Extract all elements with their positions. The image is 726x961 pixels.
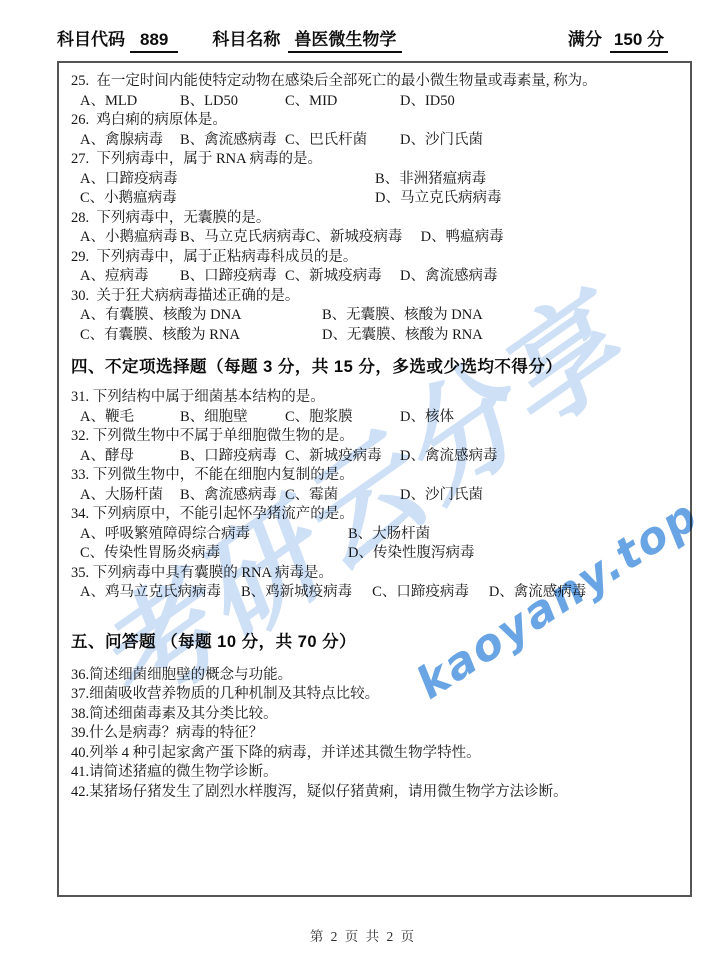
question-text: 26. 鸡白痢的病原体是。: [71, 111, 678, 131]
option-a: A、鞭毛: [80, 408, 180, 428]
subject-code-value: 889: [130, 30, 178, 53]
options-row: A、MLDB、LD50C、MIDD、ID50: [71, 92, 678, 112]
option-a: A、MLD: [80, 92, 180, 112]
option-b: B、口蹄疫病毒: [180, 447, 285, 467]
option-a: A、痘病毒: [80, 267, 180, 287]
options-row: A、小鹅瘟病毒B、马立克氏病病毒C、新城疫病毒D、鸭瘟病毒: [71, 228, 678, 248]
question-text: 34. 下列病原中，不能引起怀孕猪流产的是。: [71, 505, 678, 525]
option-d: D、传染性腹泻病毒: [348, 544, 678, 564]
option-b: B、口蹄疫病毒: [180, 267, 285, 287]
option-d: D、禽流感病毒: [489, 583, 586, 603]
exam-header: 科目代码 889 科目名称 兽医微生物学 满分 150 分: [57, 25, 668, 53]
option-d: D、鸭瘟病毒: [421, 228, 678, 248]
option-b: B、大肠杆菌: [348, 525, 678, 545]
question-text: 30. 关于狂犬病病毒描述正确的是。: [71, 287, 678, 307]
options-row: A、有囊膜、核酸为 DNAB、无囊膜、核酸为 DNAC、有囊膜、核酸为 RNAD…: [71, 306, 678, 345]
options-row: A、鞭毛B、细胞壁C、胞浆膜D、核体: [71, 408, 678, 428]
options-row: A、大肠杆菌B、禽流感病毒C、霉菌D、沙门氏菌: [71, 486, 678, 506]
question-box: 25. 在一定时间内能使特定动物在感染后全部死亡的最小微生物量或毒素量, 称为。…: [57, 61, 692, 897]
option-c: C、霉菌: [285, 486, 400, 506]
option-c: C、有囊膜、核酸为 RNA: [80, 326, 322, 346]
question-29: 29. 下列病毒中，属于正粘病毒科成员的是。A、痘病毒B、口蹄疫病毒C、新城疫病…: [71, 248, 678, 287]
option-d: D、禽流感病毒: [400, 267, 678, 287]
subject-name-label: 科目名称: [212, 25, 280, 50]
question-35: 35. 下列病毒中具有囊膜的 RNA 病毒是。A、鸡马立克氏病病毒B、鸡新城疫病…: [71, 564, 678, 603]
option-a: A、酵母: [80, 447, 180, 467]
option-b: B、马立克氏病病毒: [180, 228, 306, 248]
option-c: C、新城疫病毒: [285, 447, 400, 467]
option-c: C、巴氏杆菌: [285, 131, 400, 151]
option-b: B、LD50: [180, 92, 285, 112]
question-text: 35. 下列病毒中具有囊膜的 RNA 病毒是。: [71, 564, 678, 584]
option-a: A、小鹅瘟病毒: [80, 228, 180, 248]
question-26: 26. 鸡白痢的病原体是。A、禽腺病毒B、禽流感病毒C、巴氏杆菌D、沙门氏菌: [71, 111, 678, 150]
options-row: A、痘病毒B、口蹄疫病毒C、新城疫病毒D、禽流感病毒: [71, 267, 678, 287]
essay-question-40: 40.列举 4 种引起家禽产蛋下降的病毒，并详述其微生物学特性。: [71, 744, 678, 764]
question-text: 28. 下列病毒中，无囊膜的是。: [71, 209, 678, 229]
option-c: C、口蹄疫病毒: [372, 583, 469, 603]
question-text: 31. 下列结构中属于细菌基本结构的是。: [71, 388, 678, 408]
option-b: B、细胞壁: [180, 408, 285, 428]
option-d: D、核体: [400, 408, 678, 428]
essay-question-37: 37.细菌吸收营养物质的几种机制及其特点比较。: [71, 685, 678, 705]
essay-question-41: 41.请简述猪瘟的微生物学诊断。: [71, 763, 678, 783]
question-text: 29. 下列病毒中，属于正粘病毒科成员的是。: [71, 248, 678, 268]
question-27: 27. 下列病毒中，属于 RNA 病毒的是。A、口蹄疫病毒B、非洲猪瘟病毒C、小…: [71, 150, 678, 209]
option-a: A、有囊膜、核酸为 DNA: [80, 306, 322, 326]
option-b: B、无囊膜、核酸为 DNA: [322, 306, 678, 326]
page-footer: 第 2 页 共 2 页: [0, 925, 726, 945]
option-c: C、传染性胃肠炎病毒: [80, 544, 348, 564]
option-d: D、沙门氏菌: [400, 486, 678, 506]
options-row: A、鸡马立克氏病病毒B、鸡新城疫病毒C、口蹄疫病毒D、禽流感病毒: [71, 583, 678, 603]
essay-question-38: 38.简述细菌毒素及其分类比较。: [71, 705, 678, 725]
options-row: A、禽腺病毒B、禽流感病毒C、巴氏杆菌D、沙门氏菌: [71, 131, 678, 151]
option-c: C、新城疫病毒: [306, 228, 421, 248]
option-a: A、呼吸繁殖障碍综合病毒: [80, 525, 348, 545]
option-c: C、胞浆膜: [285, 408, 400, 428]
subject-name-value: 兽医微生物学: [288, 25, 402, 53]
option-a: A、禽腺病毒: [80, 131, 180, 151]
option-a: A、大肠杆菌: [80, 486, 180, 506]
subject-code-label: 科目代码: [57, 25, 125, 50]
section-heading: 五、问答题 （每题 10 分，共 70 分）: [71, 630, 678, 654]
question-30: 30. 关于狂犬病病毒描述正确的是。A、有囊膜、核酸为 DNAB、无囊膜、核酸为…: [71, 287, 678, 346]
option-d: D、马立克氏病病毒: [375, 189, 678, 209]
option-a: A、口蹄疫病毒: [80, 170, 375, 190]
options-row: A、口蹄疫病毒B、非洲猪瘟病毒C、小鹅瘟病毒D、马立克氏病病毒: [71, 170, 678, 209]
option-b: B、鸡新城疫病毒: [241, 583, 352, 603]
question-28: 28. 下列病毒中，无囊膜的是。A、小鹅瘟病毒B、马立克氏病病毒C、新城疫病毒D…: [71, 209, 678, 248]
question-34: 34. 下列病原中，不能引起怀孕猪流产的是。A、呼吸繁殖障碍综合病毒B、大肠杆菌…: [71, 505, 678, 564]
option-b: B、禽流感病毒: [180, 131, 285, 151]
question-text: 27. 下列病毒中，属于 RNA 病毒的是。: [71, 150, 678, 170]
option-d: D、无囊膜、核酸为 RNA: [322, 326, 678, 346]
option-d: D、沙门氏菌: [400, 131, 678, 151]
question-33: 33. 下列微生物中，不能在细胞内复制的是。A、大肠杆菌B、禽流感病毒C、霉菌D…: [71, 466, 678, 505]
options-row: A、呼吸繁殖障碍综合病毒B、大肠杆菌C、传染性胃肠炎病毒D、传染性腹泻病毒: [71, 525, 678, 564]
section-heading: 四、不定项选择题（每题 3 分，共 15 分，多选或少选均不得分）: [71, 355, 678, 379]
exam-page: 考研云分享 kaoyany.top 科目代码 889 科目名称 兽医微生物学 满…: [0, 0, 726, 961]
option-b: B、非洲猪瘟病毒: [375, 170, 678, 190]
options-row: A、酵母B、口蹄疫病毒C、新城疫病毒D、禽流感病毒: [71, 447, 678, 467]
essay-question-39: 39.什么是病毒？病毒的特征？: [71, 724, 678, 744]
option-c: C、新城疫病毒: [285, 267, 400, 287]
question-25: 25. 在一定时间内能使特定动物在感染后全部死亡的最小微生物量或毒素量, 称为。…: [71, 72, 678, 111]
option-b: B、禽流感病毒: [180, 486, 285, 506]
question-text: 33. 下列微生物中，不能在细胞内复制的是。: [71, 466, 678, 486]
question-text: 25. 在一定时间内能使特定动物在感染后全部死亡的最小微生物量或毒素量, 称为。: [71, 72, 678, 92]
essay-question-42: 42.某猪场仔猪发生了剧烈水样腹泻，疑似仔猪黄痢，请用微生物学方法诊断。: [71, 783, 678, 803]
question-32: 32. 下列微生物中不属于单细胞微生物的是。A、酵母B、口蹄疫病毒C、新城疫病毒…: [71, 427, 678, 466]
question-31: 31. 下列结构中属于细菌基本结构的是。A、鞭毛B、细胞壁C、胞浆膜D、核体: [71, 388, 678, 427]
option-a: A、鸡马立克氏病病毒: [80, 583, 221, 603]
option-c: C、小鹅瘟病毒: [80, 189, 375, 209]
question-text: 32. 下列微生物中不属于单细胞微生物的是。: [71, 427, 678, 447]
option-d: D、禽流感病毒: [400, 447, 678, 467]
option-d: D、ID50: [400, 92, 678, 112]
option-c: C、MID: [285, 92, 400, 112]
full-score-label: 满分: [568, 25, 602, 50]
essay-question-36: 36.简述细菌细胞壁的概念与功能。: [71, 666, 678, 686]
full-score-value: 150 分: [610, 25, 668, 53]
